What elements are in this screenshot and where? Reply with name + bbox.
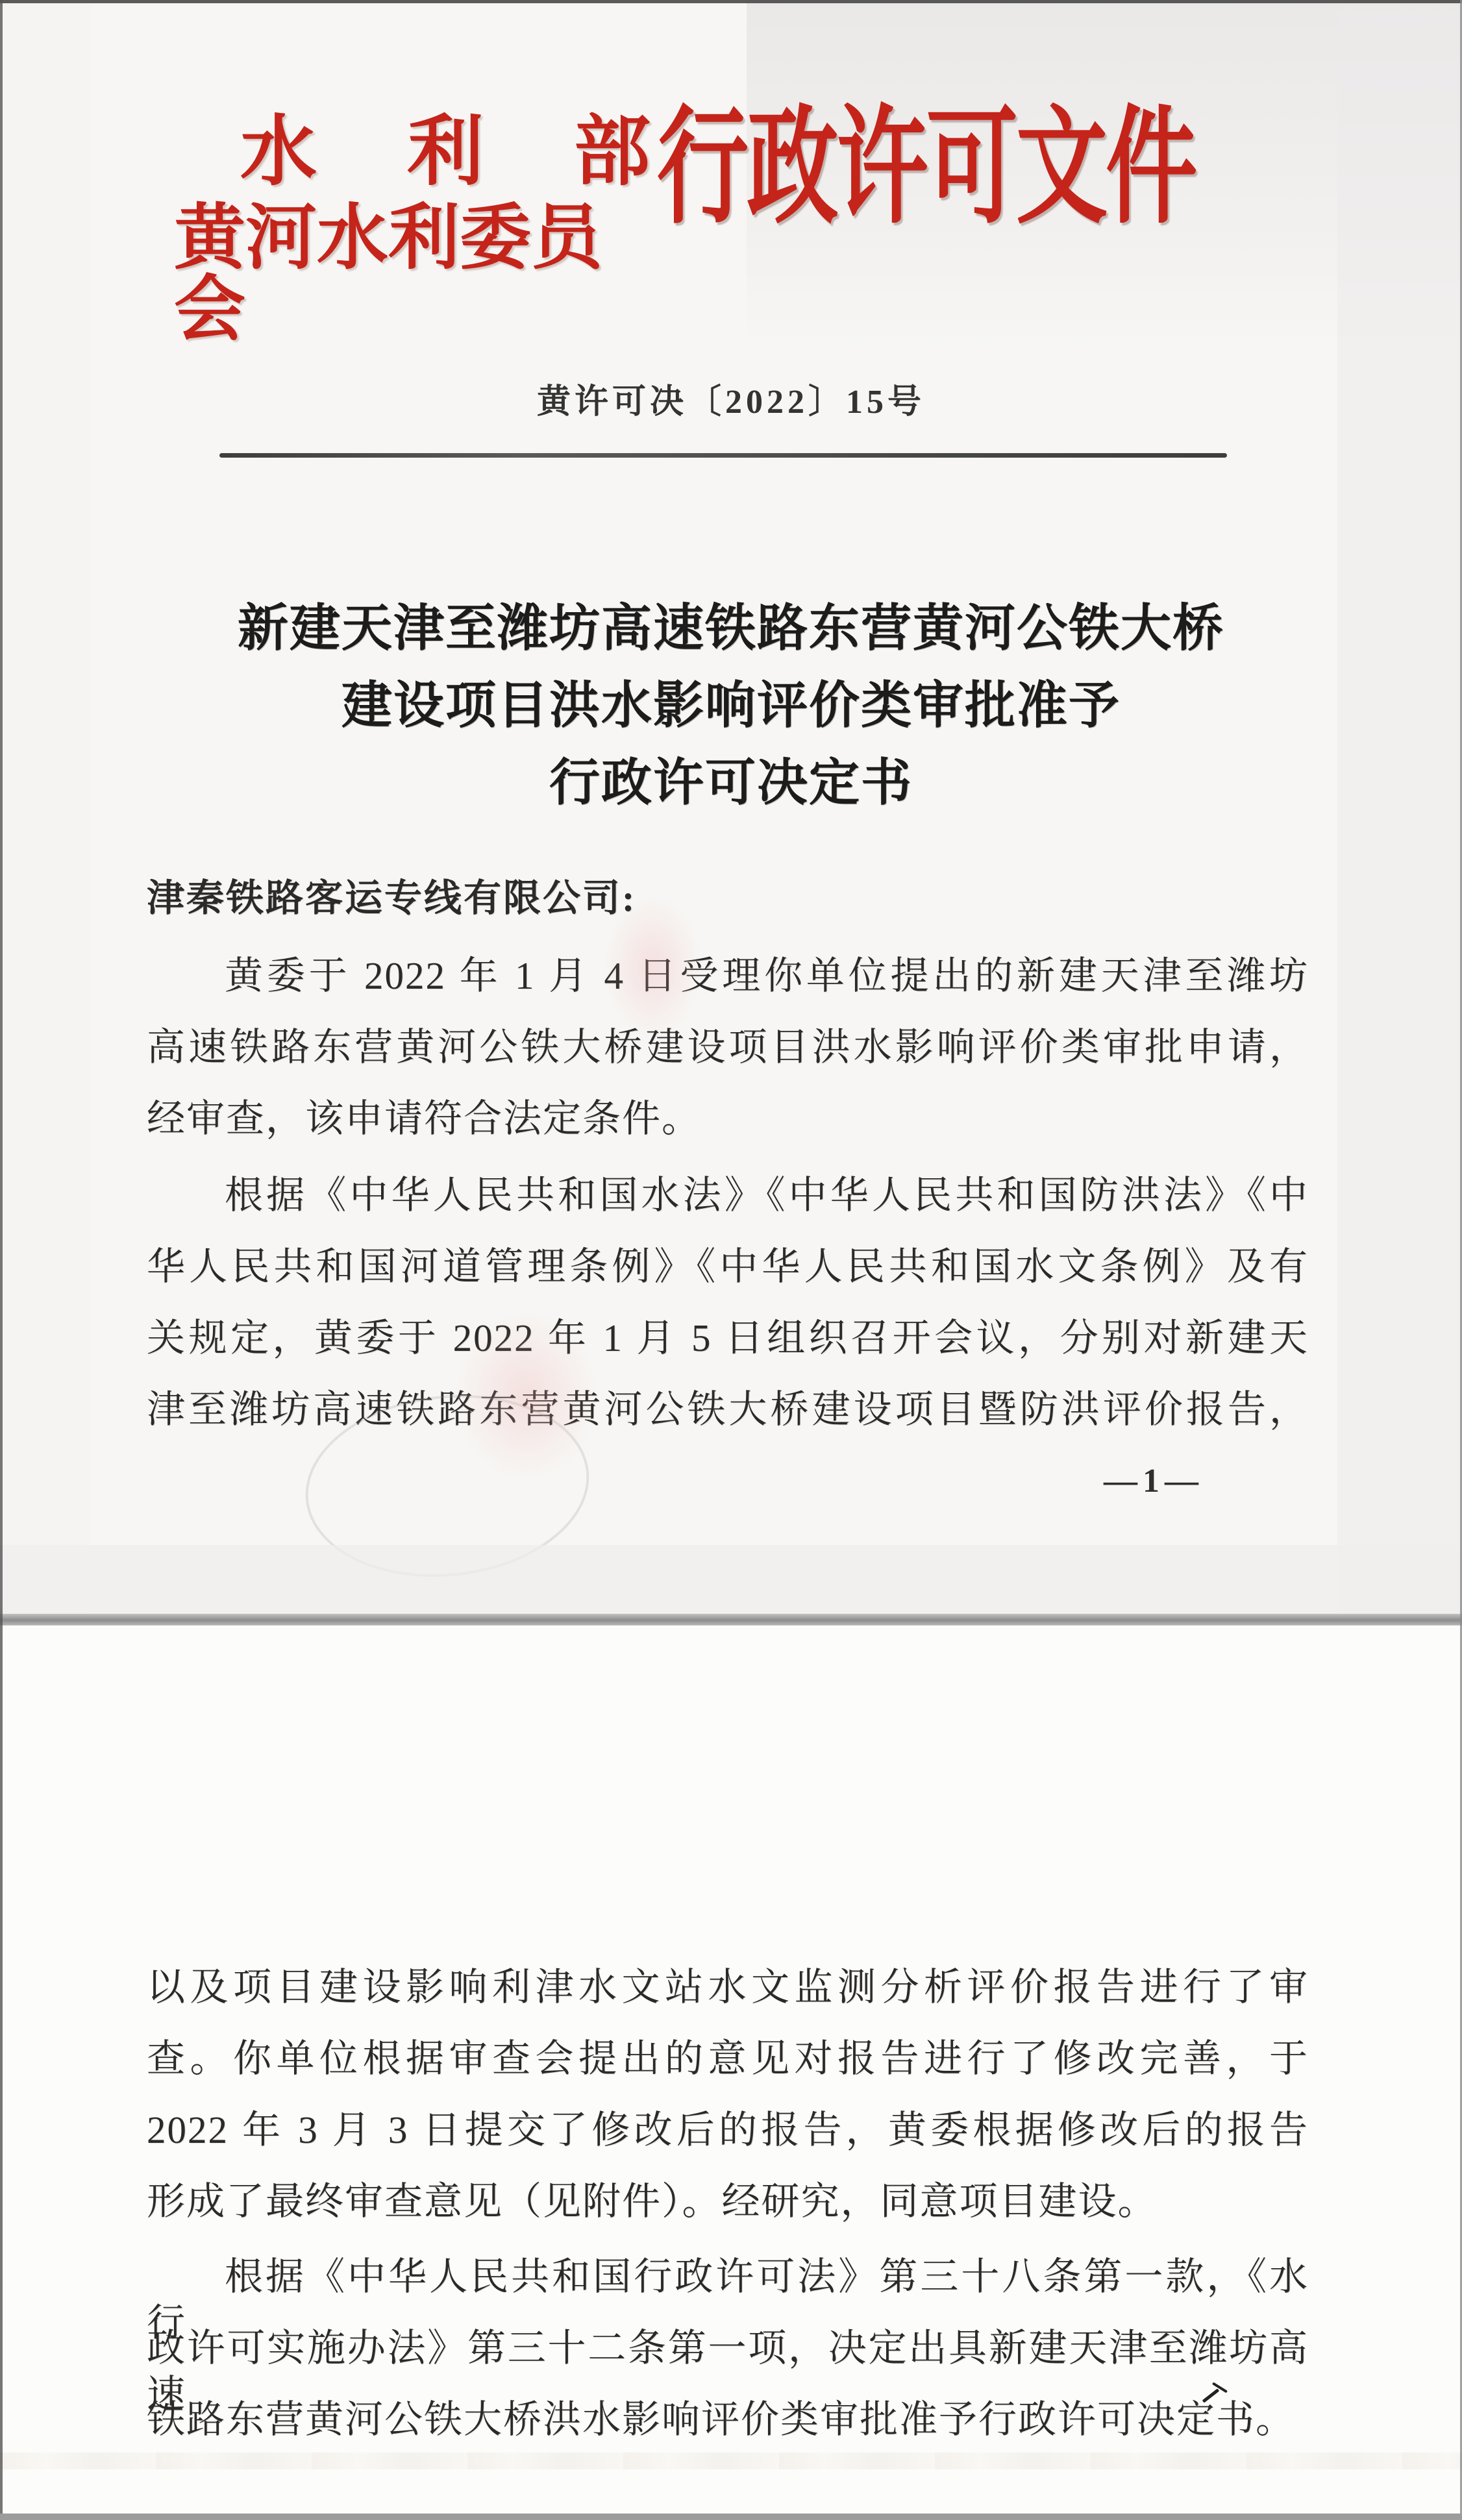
body-line: 经审查，该申请符合法定条件。: [147, 1096, 1309, 1142]
page-2: 以及项目建设影响利津水文站水文监测分析评价报告进行了审 查。你单位根据审查会提出…: [0, 1625, 1462, 2520]
body-line: 关规定，黄委于 2022 年 1 月 5 日组织召开会议，分别对新建天: [147, 1315, 1309, 1361]
scanned-document: 水 利 部 黄河水利委员会 行政许可文件 黄许可决〔2022〕15号 新建天津至…: [0, 0, 1462, 2520]
scan-smudge: [604, 896, 701, 1039]
scan-edge-left: [0, 0, 3, 2520]
document-number: 黄许可决〔2022〕15号: [0, 374, 1462, 423]
body-line: 黄委于 2022 年 1 月 4 日受理你单位提出的新建天津至潍坊: [147, 953, 1309, 999]
document-title: 新建天津至潍坊高速铁路东营黄河公铁大桥 建设项目洪水影响评价类审批准予 行政许可…: [0, 589, 1462, 821]
body-line: 形成了最终审查意见（见附件）。经研究，同意项目建设。: [147, 2179, 1309, 2225]
document-type-banner: 行政许可文件: [657, 105, 1195, 232]
body-line: 根据《中华人民共和国水法》《中华人民共和国防洪法》《中: [147, 1172, 1309, 1218]
agency-name-ministry: 水 利 部: [174, 114, 660, 191]
body-line: 查。你单位根据审查会提出的意见对报告进行了修改完善，于: [147, 2036, 1309, 2082]
body-line: 津至潍坊高速铁路东营黄河公铁大桥建设项目暨防洪评价报告，: [147, 1387, 1309, 1433]
title-line: 新建天津至潍坊高速铁路东营黄河公铁大桥: [0, 589, 1462, 667]
issuing-agency-block: 水 利 部 黄河水利委员会: [174, 114, 660, 345]
agency-name-commission: 黄河水利委员会: [174, 203, 660, 345]
body-line: 以及项目建设影响利津水文站水文监测分析评价报告进行了审: [147, 1964, 1309, 2010]
body-line: 2022 年 3 月 3 日提交了修改后的报告，黄委根据修改后的报告: [147, 2107, 1309, 2153]
agency-char: 部: [574, 114, 650, 191]
scan-smudge: [454, 1311, 597, 1480]
page-1: 水 利 部 黄河水利委员会 行政许可文件 黄许可决〔2022〕15号 新建天津至…: [0, 0, 1462, 1614]
page-separator-band: [0, 1614, 1462, 1625]
body-line: 高速铁路东营黄河公铁大桥建设项目洪水影响评价类审批申请，: [147, 1024, 1309, 1070]
body-line: 华人民共和国河道管理条例》《中华人民共和国水文条例》及有: [147, 1244, 1309, 1290]
body-line: 铁路东营黄河公铁大桥洪水影响评价类审批准予行政许可决定书。: [147, 2397, 1309, 2443]
title-line: 建设项目洪水影响评价类审批准予: [0, 667, 1462, 744]
ink-mark: [1200, 2381, 1230, 2407]
scan-edge-bottom: [0, 2514, 1462, 2520]
page-bottom-dim: [0, 1545, 1462, 1614]
agency-char: 利: [407, 114, 484, 191]
page-number: —1—: [1104, 1462, 1204, 1500]
addressee: 津秦铁路客运专线有限公司:: [147, 867, 1315, 922]
header-rule: [219, 453, 1227, 458]
agency-char: 水: [240, 114, 317, 191]
scan-edge-top: [0, 0, 1462, 3]
title-line: 行政许可决定书: [0, 744, 1462, 821]
